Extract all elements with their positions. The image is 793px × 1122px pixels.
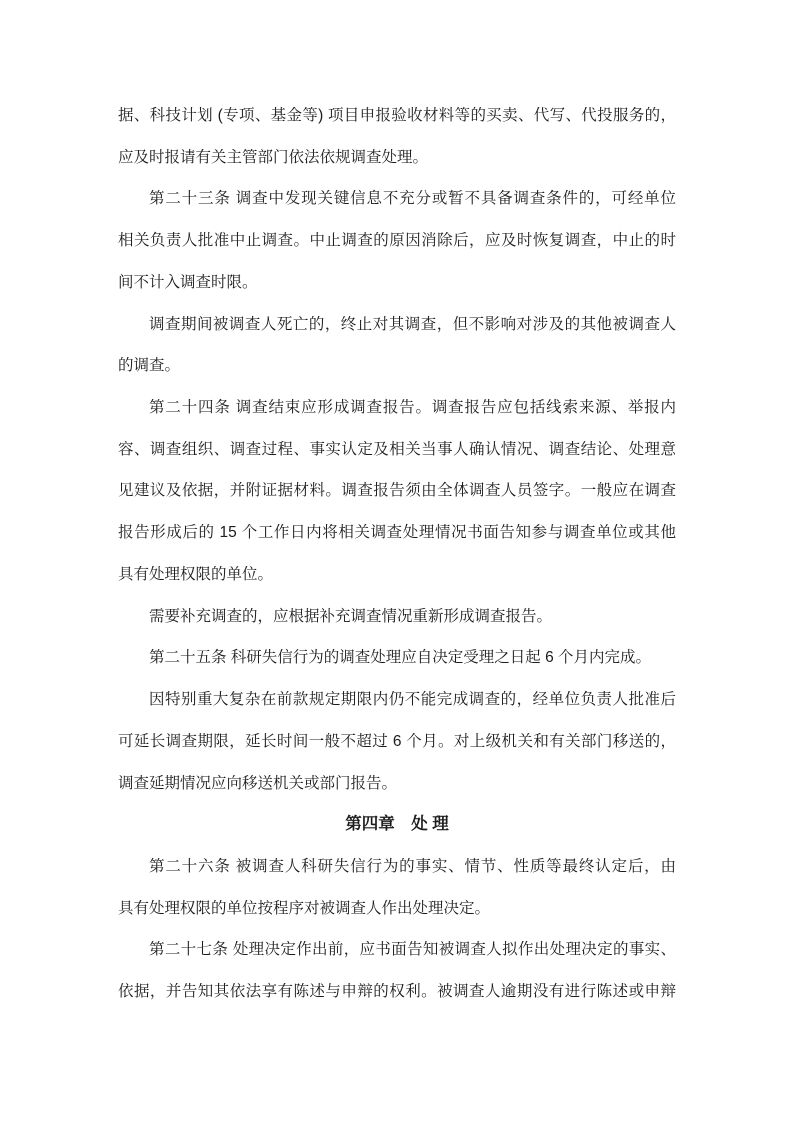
text-line: 依据，并告知其依法享有陈述与申辩的权利。被调查人逾期没有进行陈述或申辩: [118, 971, 676, 1013]
text-line: 调查期间被调查人死亡的，终止对其调查，但不影响对涉及的其他被调查人: [118, 304, 676, 346]
text-line: 报告形成后的 15 个工作日内将相关调查处理情况书面告知参与调查单位或其他: [118, 512, 676, 554]
text-line: 调查延期情况应向移送机关或部门报告。: [118, 763, 676, 805]
text-line: 间不计入调查时限。: [118, 262, 676, 304]
text-line: 因特别重大复杂在前款规定期限内仍不能完成调查的，经单位负责人批准后: [118, 679, 676, 721]
document-page: 据、科技计划 (专项、基金等) 项目申报验收材料等的买卖、代写、代投服务的，应及…: [0, 0, 793, 1122]
text-line: 第二十七条 处理决定作出前，应书面告知被调查人拟作出处理决定的事实、: [118, 929, 676, 971]
text-line: 相关负责人批准中止调查。中止调查的原因消除后，应及时恢复调查，中止的时: [118, 220, 676, 262]
text-line: 具有处理权限的单位按程序对被调查人作出处理决定。: [118, 888, 676, 930]
text-line: 见建议及依据，并附证据材料。调查报告须由全体调查人员签字。一般应在调查: [118, 470, 676, 512]
text-line: 第二十六条 被调查人科研失信行为的事实、情节、性质等最终认定后，由: [118, 846, 676, 888]
text-line: 需要补充调查的，应根据补充调查情况重新形成调查报告。: [118, 596, 676, 638]
text-line: 的调查。: [118, 345, 676, 387]
text-line: 可延长调查期限，延长时间一般不超过 6 个月。对上级机关和有关部门移送的，: [118, 721, 676, 763]
text-line: 第二十四条 调查结束应形成调查报告。调查报告应包括线索来源、举报内: [118, 387, 676, 429]
text-line: 据、科技计划 (专项、基金等) 项目申报验收材料等的买卖、代写、代投服务的，: [118, 95, 676, 137]
chapter-heading: 第四章 处 理: [118, 804, 676, 846]
text-line: 容、调查组织、调查过程、事实认定及相关当事人确认情况、调查结论、处理意: [118, 429, 676, 471]
text-line: 应及时报请有关主管部门依法依规调查处理。: [118, 137, 676, 179]
text-line: 具有处理权限的单位。: [118, 554, 676, 596]
text-line: 第二十五条 科研失信行为的调查处理应自决定受理之日起 6 个月内完成。: [118, 637, 676, 679]
document-body: 据、科技计划 (专项、基金等) 项目申报验收材料等的买卖、代写、代投服务的，应及…: [118, 95, 676, 1013]
text-line: 第二十三条 调查中发现关键信息不充分或暂不具备调查条件的，可经单位: [118, 178, 676, 220]
